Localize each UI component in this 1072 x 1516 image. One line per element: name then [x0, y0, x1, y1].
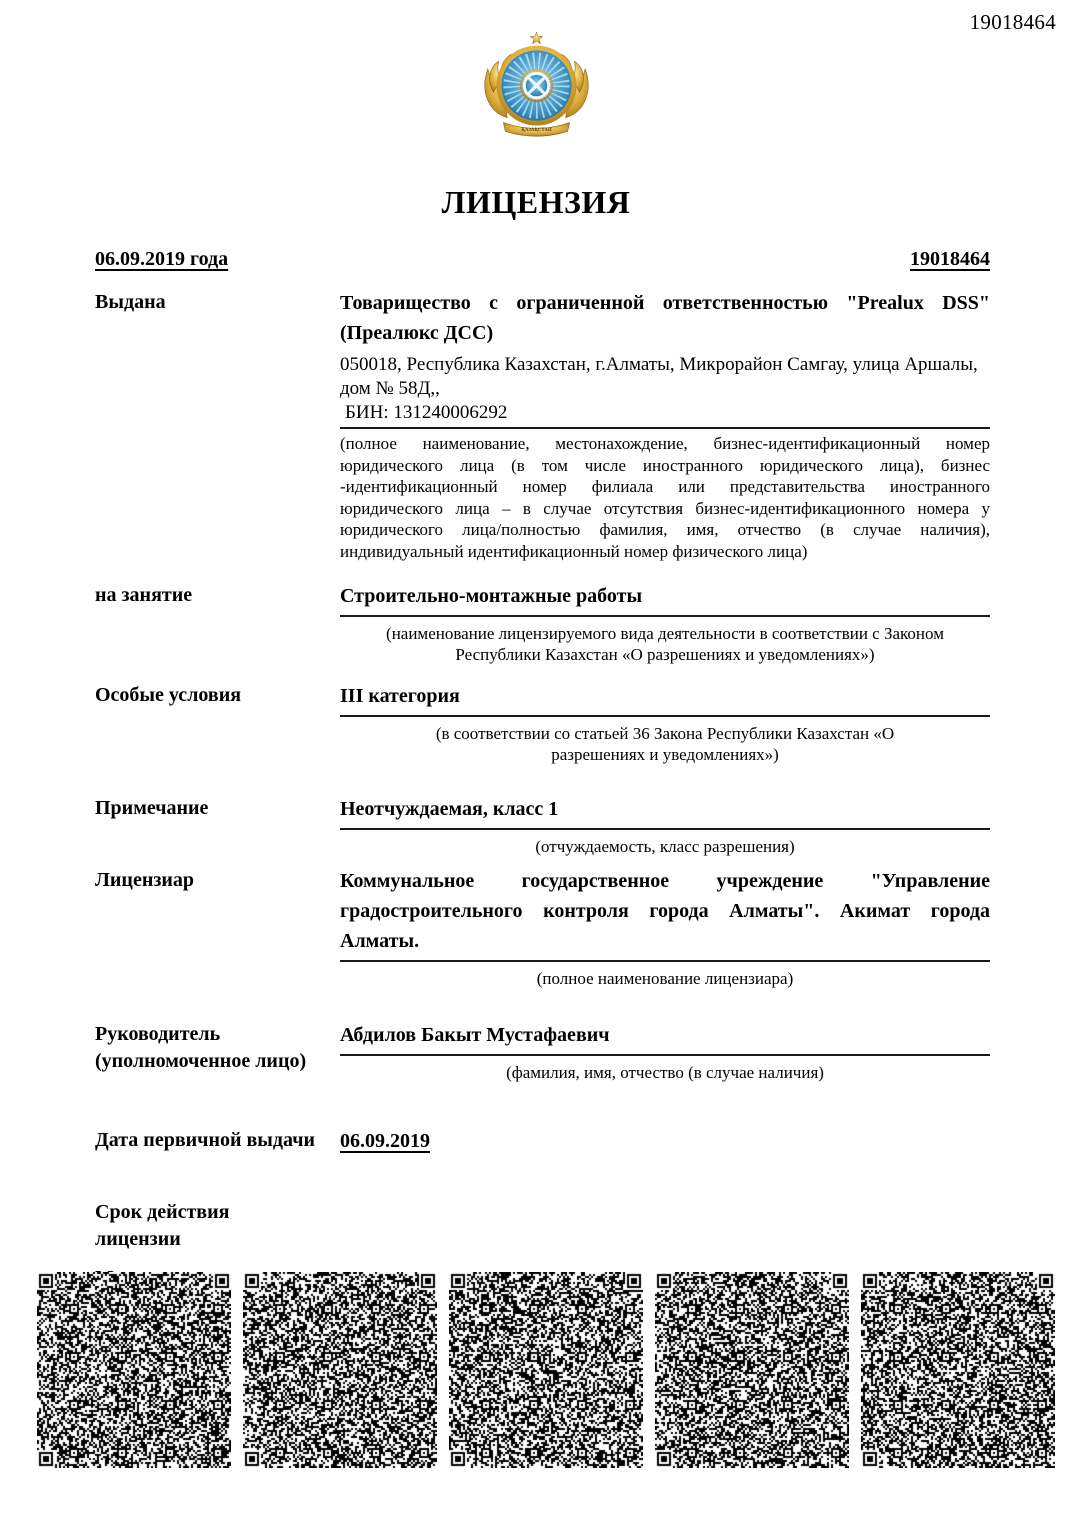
special-conditions-label: Особые условия — [95, 681, 340, 765]
note-value: Неотчуждаемая, класс 1 — [340, 794, 990, 830]
field-validity: Срок действия лицензии — [0, 1198, 1072, 1253]
head-label: Руководитель (уполномоченное лицо) — [95, 1020, 340, 1083]
emblem-star-icon — [530, 32, 543, 44]
field-head: Руководитель (уполномоченное лицо) Абдил… — [0, 1020, 1072, 1083]
issue-date: 06.09.2019 года — [95, 248, 228, 271]
activity-label: на занятие — [95, 581, 340, 665]
head-value: Абдилов Бакыт Мустафаевич — [340, 1020, 990, 1056]
emblem-banner-text: ҚАЗАҚСТАН — [521, 128, 552, 133]
note-label: Примечание — [95, 794, 340, 857]
license-document: 19018464 — [0, 0, 1072, 1516]
issued-to-value: Товарищество с ограниченной ответственно… — [340, 288, 990, 348]
note-content: Неотчуждаемая, класс 1 (отчуждаемость, к… — [340, 794, 990, 857]
note-caption: (отчуждаемость, класс разрешения) — [340, 836, 990, 857]
field-issued-to: Выдана Товарищество с ограниченной ответ… — [0, 288, 1072, 563]
qr-code-5 — [861, 1272, 1055, 1468]
licensor-content: Коммунальное государственное учреждение … — [340, 866, 990, 989]
address-line: дом № 58Д,, — [340, 377, 990, 401]
issued-to-content: Товарищество с ограниченной ответственно… — [340, 288, 990, 563]
special-conditions-value: III категория — [340, 681, 990, 717]
first-issue-date-content: 06.09.2019 — [340, 1126, 990, 1156]
date-number-row: 06.09.2019 года 19018464 — [95, 248, 990, 271]
company-bin: БИН: 131240006292 — [340, 401, 990, 425]
activity-content: Строительно-монтажные работы (наименован… — [340, 581, 990, 665]
document-number-top: 19018464 — [970, 10, 1056, 35]
head-caption: (фамилия, имя, отчество (в случае наличи… — [340, 1062, 990, 1083]
first-issue-date-label: Дата первичной выдачи — [95, 1126, 340, 1156]
licensor-label: Лицензиар — [95, 866, 340, 989]
issued-to-label: Выдана — [95, 288, 340, 563]
license-number: 19018464 — [910, 248, 990, 271]
special-conditions-content: III категория (в соответствии со статьей… — [340, 681, 990, 765]
field-activity: на занятие Строительно-монтажные работы … — [0, 581, 1072, 665]
first-issue-date-value: 06.09.2019 — [340, 1130, 430, 1152]
special-conditions-caption: (в соответствии со статьей 36 Закона Рес… — [340, 723, 990, 765]
emblem-container: ҚАЗАҚСТАН — [0, 30, 1072, 144]
field-first-issue-date: Дата первичной выдачи 06.09.2019 — [0, 1126, 1072, 1156]
page-title: ЛИЦЕНЗИЯ — [0, 184, 1072, 221]
company-address: 050018, Республика Казахстан, г.Алматы, … — [340, 353, 990, 425]
barcode-strip — [37, 1272, 1055, 1468]
qr-code-4 — [655, 1272, 849, 1468]
qr-code-3 — [449, 1272, 643, 1468]
issued-to-caption: (полное наименование, местонахождение, б… — [340, 433, 990, 563]
validity-label: Срок действия лицензии — [95, 1198, 340, 1253]
field-special-conditions: Особые условия III категория (в соответс… — [0, 681, 1072, 765]
licensor-caption: (полное наименование лицензиара) — [340, 968, 990, 989]
validity-content — [340, 1198, 990, 1253]
activity-value: Строительно-монтажные работы — [340, 581, 990, 617]
activity-caption: (наименование лицензируемого вида деятел… — [340, 623, 990, 665]
address-line: 050018, Республика Казахстан, г.Алматы, … — [340, 353, 990, 377]
divider-line — [340, 427, 990, 429]
field-note: Примечание Неотчуждаемая, класс 1 (отчуж… — [0, 794, 1072, 857]
field-licensor: Лицензиар Коммунальное государственное у… — [0, 866, 1072, 989]
head-content: Абдилов Бакыт Мустафаевич (фамилия, имя,… — [340, 1020, 990, 1083]
qr-code-2 — [243, 1272, 437, 1468]
licensor-value: Коммунальное государственное учреждение … — [340, 866, 990, 962]
kazakhstan-coat-of-arms-icon: ҚАЗАҚСТАН — [478, 30, 595, 144]
qr-code-1 — [37, 1272, 231, 1468]
